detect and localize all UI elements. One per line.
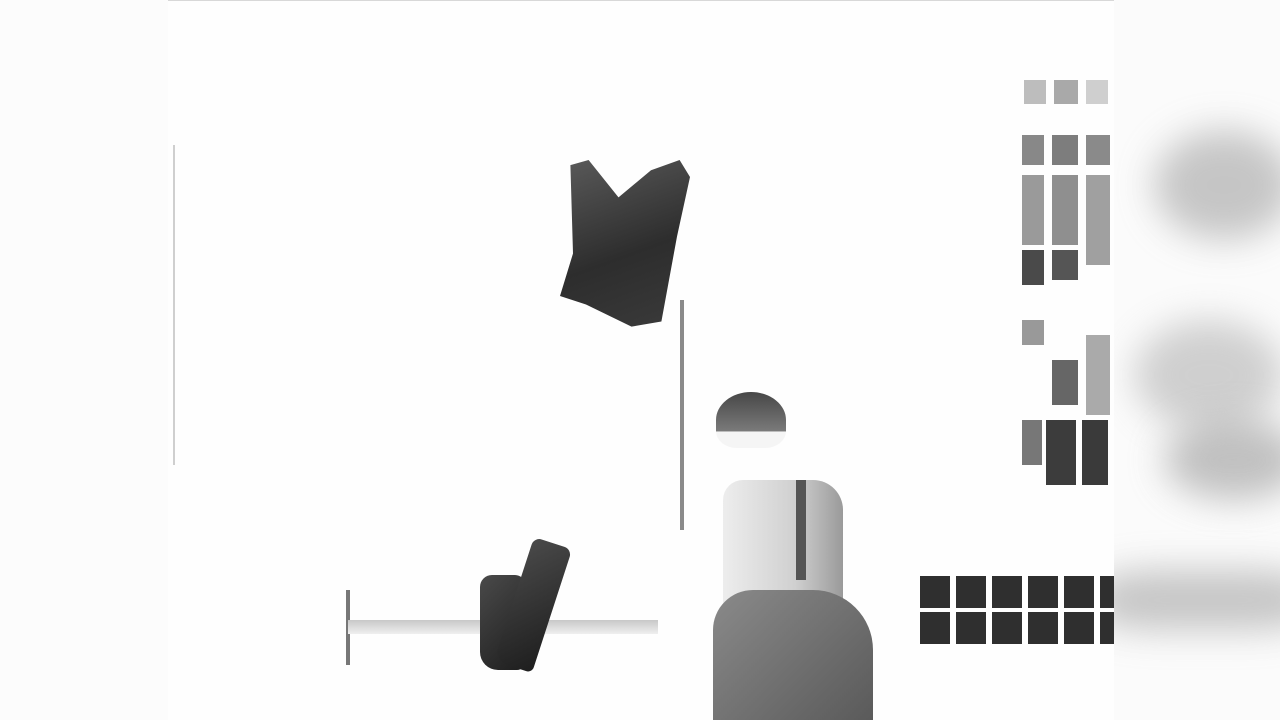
pole	[680, 300, 684, 530]
dark-tiles	[920, 570, 1114, 646]
person-legs	[713, 590, 873, 720]
person-head	[716, 392, 786, 448]
left-pillarbox	[0, 0, 168, 720]
gridded-window	[1020, 70, 1114, 490]
wall-edge	[173, 145, 175, 465]
frame-top-edge	[168, 0, 1114, 1]
hanging-shirt	[560, 160, 690, 330]
person-strap	[796, 480, 806, 580]
right-blurred-pillarbox	[1114, 0, 1280, 720]
video-frame	[168, 0, 1114, 720]
